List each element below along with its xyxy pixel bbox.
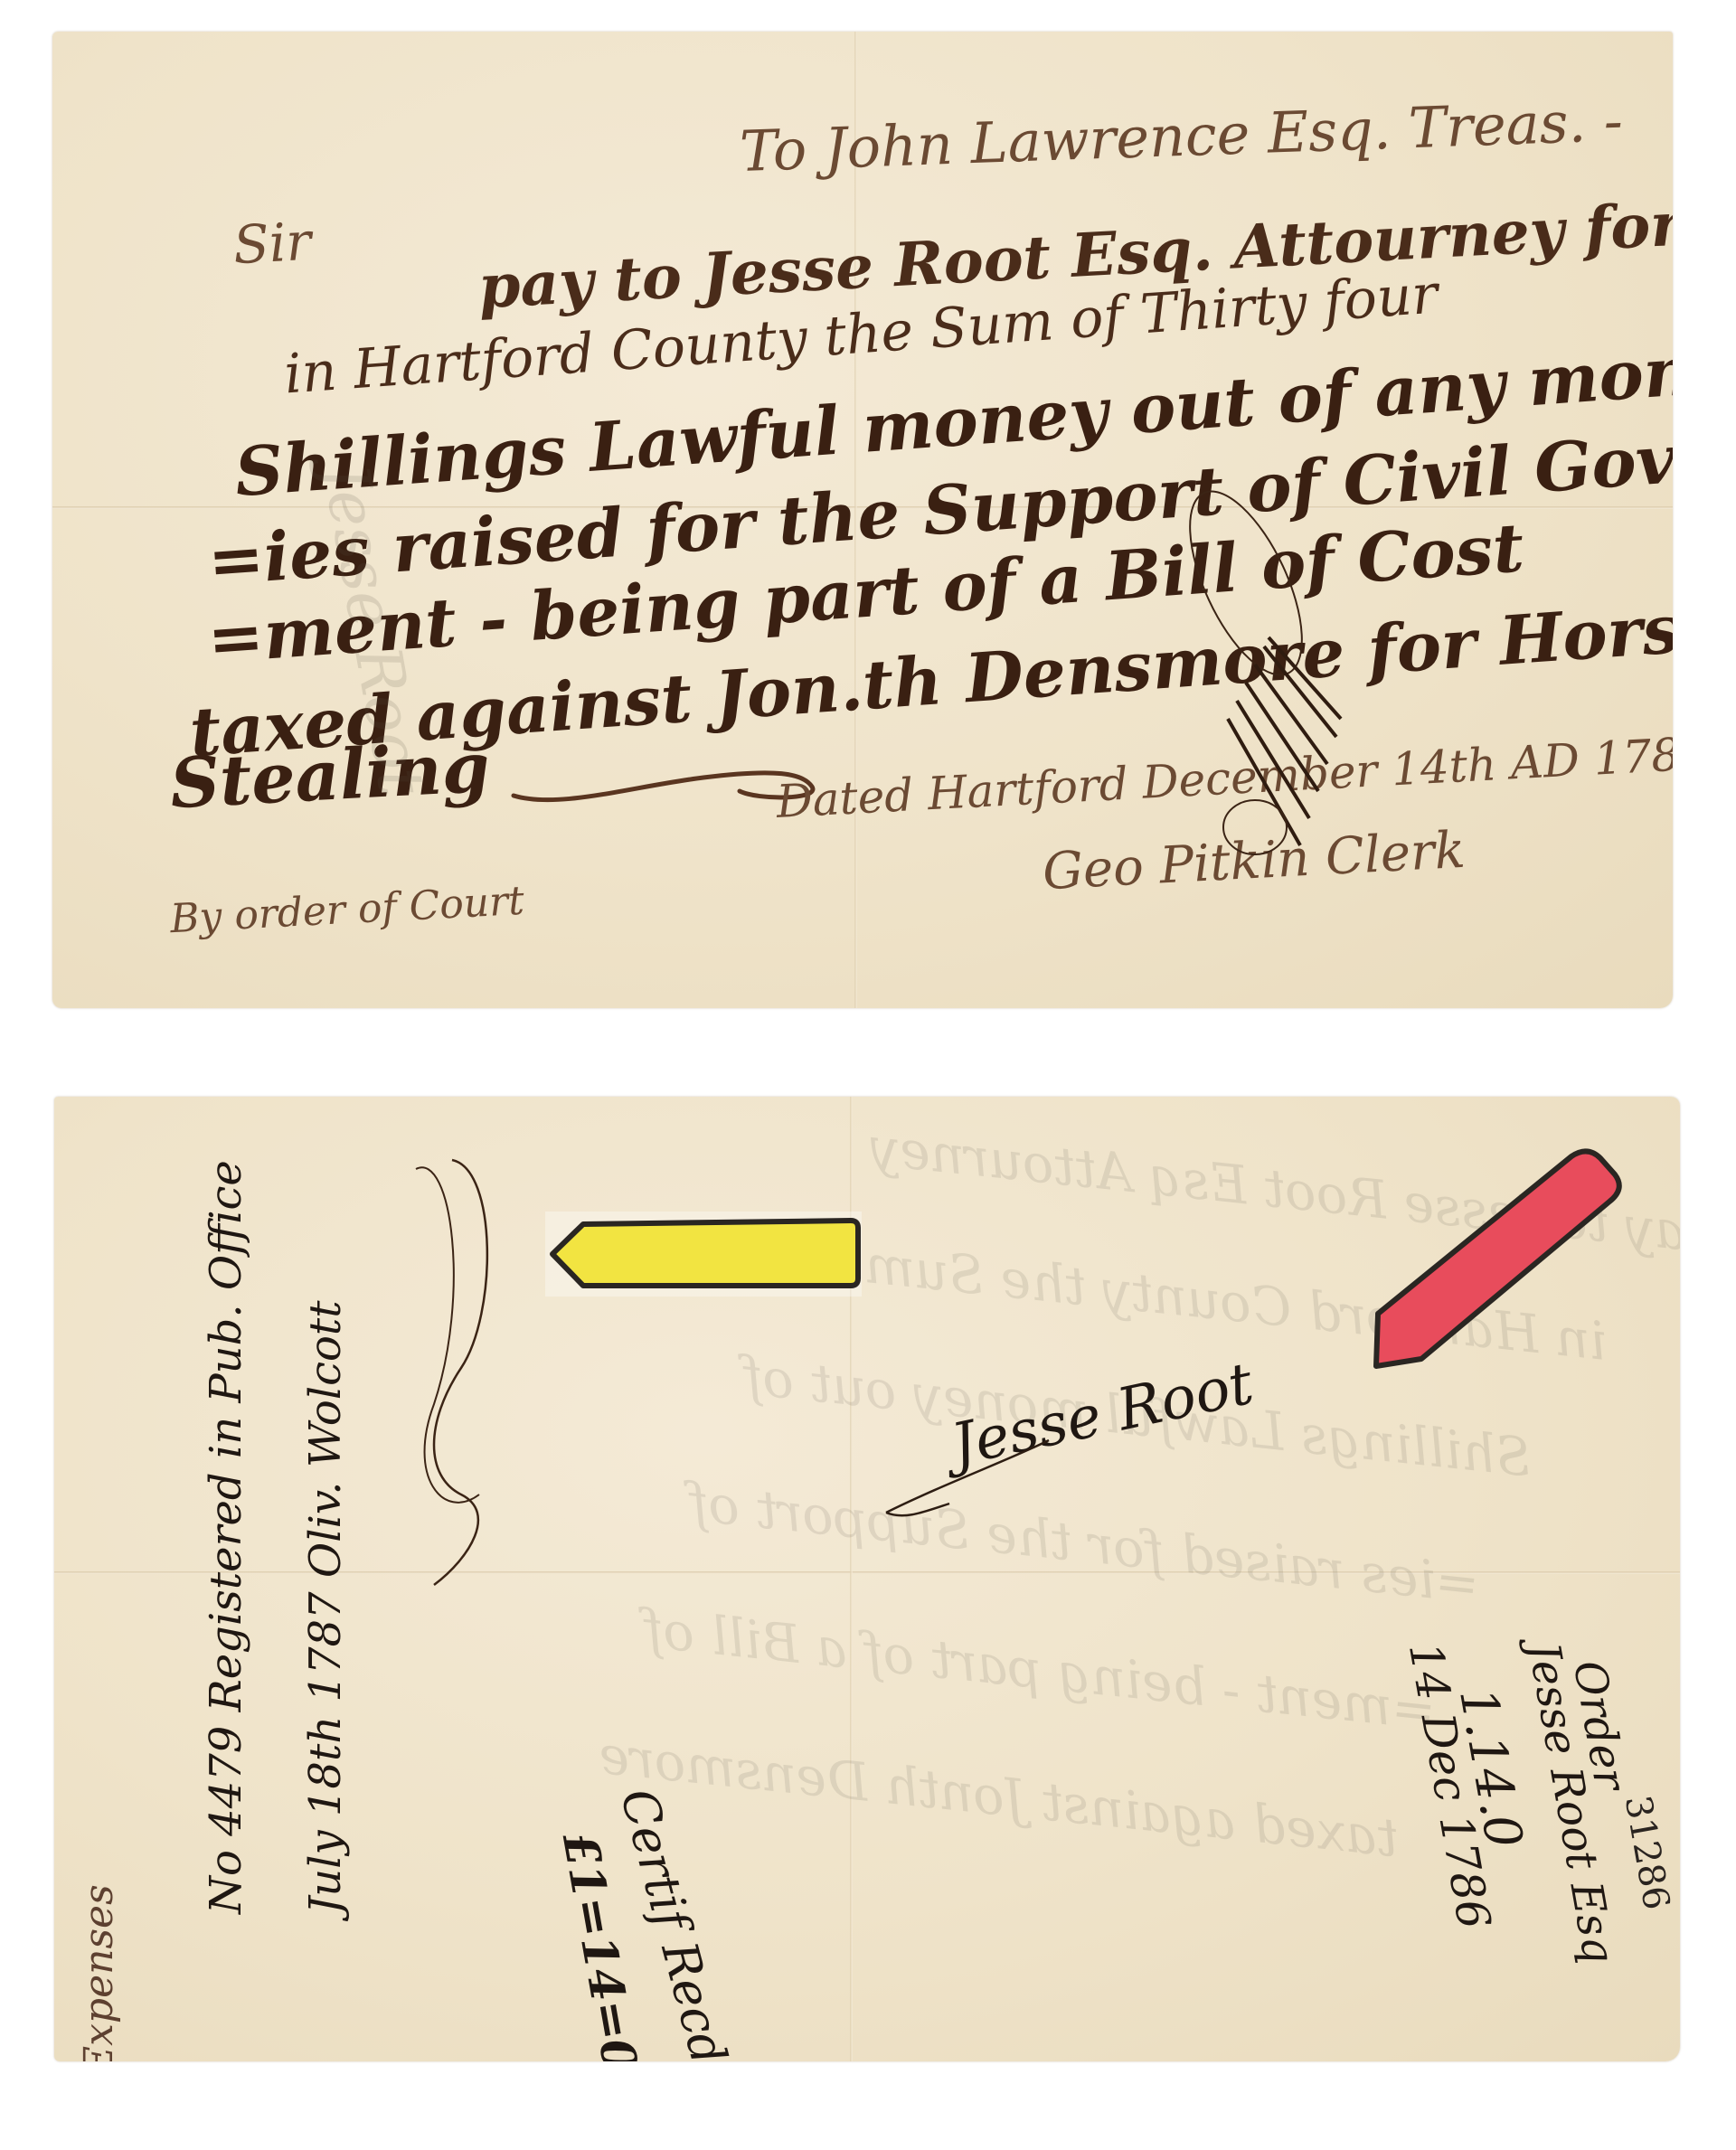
cancellation-scrawl-icon <box>1183 466 1382 882</box>
yellow-flag-arrow-icon <box>545 1212 862 1297</box>
catalog-number: 31286 <box>1619 1793 1675 1912</box>
body-line-7: Stealing <box>168 733 491 818</box>
document-front: To John Lawrence Esq. Treas. - Sir pay t… <box>52 32 1673 1008</box>
registry-line: No 4479 Registered in Pub. Office <box>204 1335 248 1914</box>
red-flag-arrow-icon <box>1365 1133 1637 1386</box>
registry-date-line: July 18th 1787 Oliv. Wolcott <box>304 1335 347 1914</box>
addressee-line: To John Lawrence Esq. Treas. - <box>739 93 1624 180</box>
bleed-through-line: taxed against Jonth Densmore <box>596 1724 1401 1870</box>
margin-note: Expenses <box>80 1786 119 2061</box>
salutation: Sir <box>232 215 313 271</box>
flourish-loop-icon <box>398 1133 506 1603</box>
document-back: pay to Jesse Root Esq Attourney in Hartf… <box>54 1097 1680 2061</box>
authority-note: By order of Court <box>169 882 525 939</box>
signature-flourish-icon <box>868 1422 1139 1531</box>
bleed-through-line: =ment - being part of a Bill of <box>641 1598 1439 1742</box>
